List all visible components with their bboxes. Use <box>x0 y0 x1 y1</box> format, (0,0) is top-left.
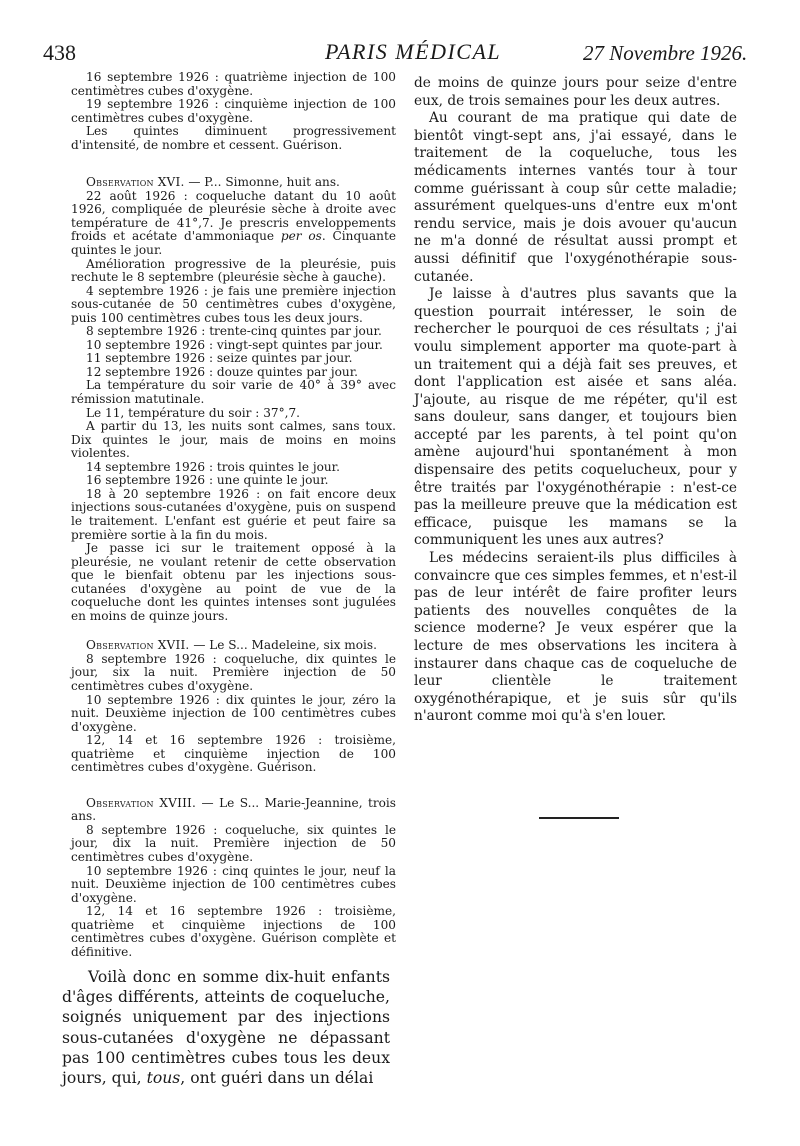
right-column: de moins de quinze jours pour seize d'en… <box>414 75 737 726</box>
paragraph: 16 septembre 1926 : une quinte le jour. <box>71 474 396 488</box>
observation-label: Observation XVI. <box>86 175 185 189</box>
journal-title: PARIS MÉDICAL <box>325 39 501 65</box>
italic-text: per os <box>281 229 322 243</box>
observation-heading: Observation XVI. — P... Simonne, huit an… <box>71 176 396 190</box>
text-run: , ont guéri dans un délai <box>180 1069 373 1087</box>
end-rule-divider <box>539 817 619 819</box>
paragraph: 10 septembre 1926 : cinq quintes le jour… <box>71 865 396 906</box>
paragraph: Les quintes diminuent progressivement d'… <box>71 125 396 152</box>
paragraph: 8 septembre 1926 : trente-cinq quintes p… <box>71 325 396 339</box>
issue-date: 27 Novembre 1926. <box>583 41 747 66</box>
paragraph: 10 septembre 1926 : vingt-sept quintes p… <box>71 339 396 353</box>
paragraph: 4 septembre 1926 : je fais une première … <box>71 285 396 326</box>
paragraph: Les médecins seraient-ils plus difficile… <box>414 550 737 726</box>
paragraph: 10 septembre 1926 : dix quintes le jour,… <box>71 694 396 735</box>
observation-heading: Observation XVII. — Le S... Madeleine, s… <box>71 639 396 653</box>
paragraph: 12 septembre 1926 : douze quintes par jo… <box>71 366 396 380</box>
page-number: 438 <box>43 40 76 66</box>
paragraph: 19 septembre 1926 : cinquième injection … <box>71 98 396 125</box>
paragraph: 11 septembre 1926 : seize quintes par jo… <box>71 352 396 366</box>
paragraph: 12, 14 et 16 septembre 1926 : troisième,… <box>71 905 396 959</box>
paragraph: 14 septembre 1926 : trois quintes le jou… <box>71 461 396 475</box>
paragraph: 8 septembre 1926 : coqueluche, dix quint… <box>71 653 396 694</box>
observation-label: Observation XVII. <box>86 638 189 652</box>
paragraph: 16 septembre 1926 : quatrième injection … <box>71 71 396 98</box>
observation-subject: — Le S... Madeleine, six mois. <box>189 638 376 652</box>
paragraph: Voilà donc en somme dix-huit enfants d'â… <box>62 967 390 1088</box>
paragraph: de moins de quinze jours pour seize d'en… <box>414 75 737 110</box>
paragraph: 8 septembre 1926 : coqueluche, six quint… <box>71 824 396 865</box>
paragraph: Au courant de ma pratique qui date de bi… <box>414 110 737 286</box>
paragraph: La température du soir varie de 40° à 39… <box>71 379 396 406</box>
paragraph: Je passe ici sur le traitement opposé à … <box>71 542 396 623</box>
paragraph: 12, 14 et 16 septembre 1926 : troisième,… <box>71 734 396 775</box>
paragraph: Amélioration progressive de la pleurésie… <box>71 258 396 285</box>
paragraph: 22 août 1926 : coqueluche datant du 10 a… <box>71 190 396 258</box>
paragraph: Je laisse à d'autres plus savants que la… <box>414 286 737 550</box>
conclusion-paragraph: Voilà donc en somme dix-huit enfants d'â… <box>62 967 390 1088</box>
paragraph: A partir du 13, les nuits sont calmes, s… <box>71 420 396 461</box>
left-column: 16 septembre 1926 : quatrième injection … <box>71 71 396 959</box>
observation-label: Observation XVIII. <box>86 796 196 810</box>
observation-heading: Observation XVIII. — Le S... Marie-Jeann… <box>71 797 396 824</box>
italic-text: tous <box>147 1069 181 1087</box>
paragraph: 18 à 20 septembre 1926 : on fait encore … <box>71 488 396 542</box>
paragraph: Le 11, température du soir : 37°,7. <box>71 407 396 421</box>
observation-subject: — P... Simonne, huit ans. <box>185 175 340 189</box>
